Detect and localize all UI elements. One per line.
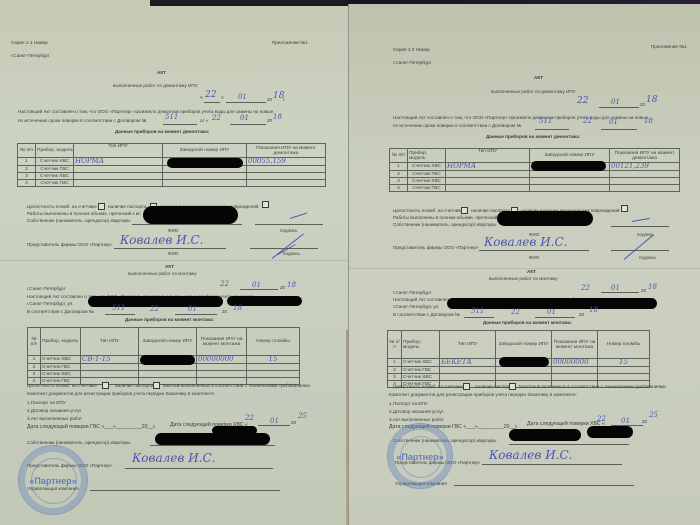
underline	[163, 124, 197, 125]
act2-date-year: 18	[648, 284, 657, 291]
hvs-year-prefix: 20	[642, 420, 647, 425]
cell-no: 3	[28, 371, 41, 378]
handwritten-seal: 15	[269, 356, 278, 364]
underline	[601, 292, 639, 293]
management-line	[90, 490, 280, 491]
city-label: г.Санкт-Петербург	[11, 54, 49, 59]
representative-signature-line	[611, 250, 669, 251]
company-stamp: «Партнер»	[18, 445, 88, 515]
cell-device: Счетчик ХВС	[408, 178, 446, 185]
act1-table-title: Данные приборов на момент демонтажа:	[115, 130, 209, 135]
redaction-serial	[167, 158, 243, 168]
underline	[230, 124, 266, 125]
hvs-year: 25	[649, 412, 658, 419]
col-header-device: Прибор, модель	[408, 149, 446, 163]
table-row: 4 Счетчик ГВС	[18, 180, 326, 187]
col-header-reading: Показания ИПУ на момент монтажа	[552, 331, 598, 359]
act2-date-month: 01	[252, 282, 261, 289]
fio-label-2: ФИО	[168, 252, 178, 257]
representative-line	[114, 248, 226, 249]
owner-line	[509, 444, 629, 445]
col-header-reading: Показания ИПУ на момент демонтажа	[247, 144, 326, 158]
cell-serial	[530, 171, 610, 178]
cell-type	[440, 367, 496, 374]
redaction-serial	[499, 357, 549, 367]
handwritten-reading: 00055,159	[248, 158, 286, 166]
col-header-type: Тип ИПУ	[74, 144, 163, 158]
table-row: 3 Счетчик ХВС	[28, 371, 300, 378]
seal-checkbox[interactable]	[463, 383, 470, 390]
representative-label: Представитель фирмы ООО «Партнер»	[27, 243, 113, 248]
act2-date-month: 01	[611, 285, 620, 292]
passport-checkbox[interactable]	[153, 382, 160, 389]
representative-label: Представитель фирмы ООО «Партнер»	[393, 246, 479, 251]
cell-reading	[247, 166, 326, 173]
owner-line	[132, 224, 242, 225]
management-line	[454, 485, 634, 486]
cell-type: БЕКЕТА	[440, 359, 496, 367]
cell-reading	[610, 171, 680, 178]
redaction-owner	[497, 211, 593, 226]
cell-seal	[598, 367, 650, 374]
act2-contract-year: 18	[589, 307, 598, 314]
cell-reading	[197, 364, 247, 371]
hvs-year: 25	[298, 413, 307, 420]
cell-device: Счетчик ХВС	[36, 173, 74, 180]
handwritten-type: СВ-1-15	[82, 356, 111, 364]
cell-device: Счетчик ГВС	[36, 166, 74, 173]
series-label: Серия 1-1 Номер	[11, 41, 48, 46]
col-header-no: № п/п	[390, 149, 408, 163]
cell-serial	[530, 178, 610, 185]
act1-contract-no: 511	[165, 114, 178, 121]
col-header-seal: Номер пломбы	[598, 331, 650, 359]
appendix-label: Приложение №1	[272, 41, 308, 46]
handwritten-seal: 15	[619, 359, 628, 367]
fold-line	[0, 260, 348, 261]
stamp-text: «Партнер»	[388, 452, 452, 462]
cell-reading	[552, 374, 598, 381]
cell-serial	[163, 180, 247, 187]
cell-seal	[598, 374, 650, 381]
act2-city: г.Санкт-Петербург	[27, 287, 65, 292]
passport-label: наличие паспорта	[115, 384, 154, 389]
cell-type	[446, 171, 530, 178]
col-header-serial: Заводской номер ИПУ	[163, 144, 247, 158]
act1-subtitle: выполненных работ по демонтажу ИПУ	[491, 90, 576, 95]
underline	[601, 129, 637, 130]
act2-contract-year: 18	[233, 305, 242, 312]
damage-checkbox[interactable]	[621, 205, 628, 212]
act1-contract-year: 18	[273, 114, 282, 121]
act2-contract-no: 511	[112, 305, 125, 312]
cell-no: 3	[390, 178, 408, 185]
table-row: 2 Счетчик ГВС	[388, 367, 650, 374]
cell-device: Счетчик ХВС	[408, 163, 446, 171]
signature-label-2: подпись	[639, 256, 656, 261]
representative-line	[479, 250, 589, 251]
cell-seal	[247, 371, 300, 378]
cell-type	[440, 374, 496, 381]
doc-item: 3.Акт выполненных работ	[389, 418, 444, 423]
cell-serial	[139, 371, 197, 378]
contract-from: от «	[200, 119, 208, 124]
act1-contract-day: 22	[583, 118, 592, 125]
cell-device: Счетчик ГВС	[36, 180, 74, 187]
mounting-note: Монтаж выполненных в соответствии с техн…	[519, 385, 667, 390]
doc-item: 1.Паспорт на ИПУ	[389, 402, 428, 407]
col-header-seal: Номер пломбы	[247, 328, 300, 356]
cell-device: Счетчик ХВС	[41, 356, 81, 364]
cell-type: НОРМА	[74, 158, 163, 166]
cell-type	[446, 178, 530, 185]
stamp-text: «Партнер»	[19, 476, 87, 486]
cell-type: НОРМА	[446, 163, 530, 171]
seal-integrity-label: Целостность пломб: на счетчике	[27, 205, 97, 210]
passport-label: наличие паспорта	[475, 385, 514, 390]
act1-date-month: 01	[238, 94, 247, 101]
signature-label: подпись	[280, 229, 297, 234]
cell-device: Счетчик ХВС	[36, 158, 74, 166]
act1-contract-year-prefix: 20	[267, 119, 272, 124]
col-header-reading: Показания ИПУ на момент демонтажа	[610, 149, 680, 163]
act2-contract-day: 22	[150, 306, 159, 313]
seal-checkbox[interactable]	[461, 207, 468, 214]
table-row: 4 Счетчик ГВС	[390, 185, 680, 192]
handwritten-type: БЕКЕТА	[441, 359, 472, 367]
act2-subtitle: выполненных работ по монтажу	[128, 272, 197, 277]
cell-no: 4	[390, 185, 408, 192]
representative-handwritten-name: Ковалев И.С.	[120, 234, 203, 246]
hvs-year-prefix: 20	[291, 421, 296, 426]
cell-no: 3	[388, 374, 402, 381]
act2-contract-year-prefix: 20	[222, 310, 227, 315]
document-page-left: Серия 1-1 Номер Приложение №1 г.Санкт-Пе…	[0, 0, 348, 525]
cell-device: Счетчик ГВС	[41, 364, 81, 371]
works-done-label: Работы выполнены в полном объеме, претен…	[27, 212, 141, 217]
cell-no: 2	[18, 166, 36, 173]
act2-contract-line: В соответствии с Договором №	[27, 310, 94, 315]
cell-no: 1	[28, 356, 41, 364]
cell-device: Счетчик ГВС	[408, 171, 446, 178]
document-page-right: Серия 1-2 Номер Приложение №1 г.Санкт-Пе…	[348, 4, 700, 525]
owner-signature	[290, 212, 307, 219]
city-label: г.Санкт-Петербург	[393, 61, 431, 66]
cell-serial	[163, 173, 247, 180]
underline	[226, 102, 266, 103]
act1-contract-day: 22	[212, 115, 221, 122]
seal-integrity-label: Целостность пломб: на счетчике	[393, 385, 463, 390]
act1-intro-line2: по истечению срока поверки в соответстви…	[393, 124, 521, 129]
act2-date-day: 22	[581, 285, 590, 292]
col-header-device: Прибор, модель	[402, 331, 440, 359]
cell-reading	[552, 367, 598, 374]
cell-serial	[496, 367, 552, 374]
series-label: Серия 1-2 Номер	[393, 48, 430, 53]
col-header-serial: Заводской номер ИПУ	[139, 328, 197, 356]
cell-no: 1	[390, 163, 408, 171]
doc-item: 2.Договор оказания услуг	[389, 410, 443, 415]
cell-device: Счетчик ГВС	[408, 185, 446, 192]
act1-contract-year: 18	[644, 118, 653, 125]
col-header-type: Тип ИПУ	[446, 149, 530, 163]
owner-label: Собственник (наниматель, арендатор) квар…	[27, 219, 130, 224]
redaction-serial	[140, 355, 195, 365]
cell-reading: 00121,239	[610, 163, 680, 171]
cell-device: Счетчик ХВС	[41, 371, 81, 378]
underline	[535, 129, 569, 130]
hvs-month: 01	[270, 418, 279, 425]
redaction-owner	[155, 433, 270, 445]
doc-item: 1.Паспорт на ИПУ	[27, 401, 66, 406]
seal-integrity-label: Целостность пломб: на счетчике	[27, 384, 97, 389]
table-row: 3 Счетчик ХВС	[390, 178, 680, 185]
table-row: 3 Счетчик ХВС	[18, 173, 326, 180]
cell-seal: 15	[598, 359, 650, 367]
underline	[258, 425, 290, 426]
col-header-device: Прибор, модель	[41, 328, 81, 356]
cell-seal	[247, 364, 300, 371]
representative-line	[125, 468, 273, 469]
signature-line	[255, 224, 323, 225]
handwritten-type: НОРМА	[75, 158, 104, 166]
owner-signature	[632, 218, 650, 222]
cell-device: Счетчик ХВС	[402, 374, 440, 381]
act1-title: АКТ	[157, 71, 166, 76]
act1-contract-no: 511	[539, 118, 552, 125]
passport-label: наличие паспорта	[108, 205, 147, 210]
col-header-type: Тип ИПУ	[440, 331, 496, 359]
seal-checkbox[interactable]	[102, 382, 109, 389]
cell-reading	[610, 178, 680, 185]
redaction-serial	[531, 161, 606, 171]
hvs-month: 01	[621, 418, 630, 425]
representative-handwritten-name: Ковалев И.С.	[132, 452, 215, 464]
act1-date-day: 22	[205, 91, 216, 100]
docs-intro: Комплект документов для регистрации приб…	[27, 392, 215, 397]
table-row: 2 Счетчик ГВС	[390, 171, 680, 178]
signature-line	[611, 226, 669, 227]
handwritten-reading: 00121,239	[611, 163, 649, 171]
cell-type	[81, 371, 139, 378]
act2-intro-line2: г.Санкт-Петербург, ул.	[27, 302, 74, 307]
col-header-reading: Показания ИПУ на момент монтажа	[197, 328, 247, 356]
cell-no: 2	[28, 364, 41, 371]
cell-reading: 00000000	[197, 356, 247, 364]
col-header-no: № п/п	[18, 144, 36, 158]
cell-device: Счетчик ГВС	[402, 367, 440, 374]
act1-title: АКТ	[534, 76, 543, 81]
cell-type	[74, 180, 163, 187]
act1-date-year: 18	[646, 96, 657, 105]
act2-date-year-prefix: 20	[280, 286, 285, 291]
redaction-owner-2	[587, 426, 633, 438]
act2-contract-no: 511	[471, 308, 484, 315]
underline	[204, 102, 220, 103]
appendix-label: Приложение №1	[651, 45, 687, 50]
cell-type	[74, 173, 163, 180]
cell-reading	[610, 185, 680, 192]
act2-subtitle: выполненных работ по монтажу	[489, 277, 558, 282]
act2-table-title: Данные приборов на момент монтажа:	[125, 318, 214, 323]
act1-contract-month: 01	[609, 119, 618, 126]
act2-title: АКТ	[165, 265, 174, 270]
act2-date-year: 18	[287, 282, 296, 289]
act2-contract-line: В соответствии с Договором №	[393, 313, 460, 318]
act2-contract-day: 22	[511, 309, 520, 316]
act2-table-title: Данные приборов на момент монтажа:	[483, 321, 572, 326]
damage-checkbox[interactable]	[262, 201, 269, 208]
act1-date-year-prefix: 20	[640, 103, 645, 108]
table-row: 3 Счетчик ХВС	[388, 374, 650, 381]
company-stamp: «Партнер»	[387, 423, 453, 489]
cell-reading	[197, 371, 247, 378]
underline	[175, 314, 217, 315]
doc-item: 3.Акт выполненных работ	[27, 417, 82, 422]
hvs-day: 22	[597, 416, 606, 423]
act1-date-suffix: г.	[283, 98, 285, 103]
handwritten-reading: 00000000	[198, 356, 234, 364]
cell-serial	[496, 374, 552, 381]
cell-serial	[530, 185, 610, 192]
act1-date-day: 22	[577, 97, 588, 106]
col-header-no: № п/п	[388, 331, 402, 359]
cell-no: 1	[18, 158, 36, 166]
representative-handwritten-name: Ковалев И.С.	[484, 236, 567, 248]
cell-reading	[247, 180, 326, 187]
seal-checkbox[interactable]	[98, 203, 105, 210]
act2-city: г.Санкт-Петербург	[393, 291, 431, 296]
col-header-serial: Заводской номер ИПУ	[496, 331, 552, 359]
redaction-owner	[509, 429, 581, 441]
underline	[464, 317, 494, 318]
act2-contract-month: 01	[547, 309, 556, 316]
underline	[105, 314, 135, 315]
redaction-owner	[143, 206, 238, 224]
handwritten-reading: 00000000	[553, 359, 589, 367]
next-check-gvs: Дата следующей поверки ГВС «___»________…	[27, 425, 156, 430]
owner-line	[150, 445, 275, 446]
act2-date-year-prefix: 20	[641, 289, 646, 294]
date-open-quote: «	[200, 96, 203, 101]
cell-no: 4	[18, 180, 36, 187]
cell-no: 3	[18, 173, 36, 180]
passport-checkbox[interactable]	[509, 383, 516, 390]
cell-type: СВ-1-15	[81, 356, 139, 364]
act1-subtitle: выполненных работ по демонтажу ИПУ	[113, 84, 198, 89]
works-done-label: Работы выполнены в полном объеме, претен…	[393, 216, 507, 221]
representative-line	[482, 464, 622, 465]
underline	[240, 289, 278, 290]
owner-label: Собственник (наниматель, арендатор) квар…	[393, 223, 496, 228]
act2-title: АКТ	[527, 270, 536, 275]
representative-handwritten-name: Ковалев И.С.	[489, 449, 572, 461]
underline	[535, 317, 575, 318]
cell-reading: 00000000	[552, 359, 598, 367]
cell-no: 1	[388, 359, 402, 367]
act2-intro-line2: г.Санкт-Петербург, ул.	[393, 305, 440, 310]
col-header-no: № п/п	[28, 328, 41, 356]
cell-type	[74, 166, 163, 173]
doc-item: 2.Договор оказания услуг	[27, 409, 81, 414]
cell-type	[446, 185, 530, 192]
docs-intro: Комплект документов для регистрации приб…	[389, 393, 577, 398]
act2-contract-month: 01	[188, 306, 197, 313]
act1-intro-line2: по истечению срока поверки в соответстви…	[18, 119, 146, 124]
signature-label-2: подпись	[283, 252, 300, 257]
cell-reading	[247, 173, 326, 180]
act2-contract-year-prefix: 20	[579, 313, 584, 318]
fold-line	[349, 268, 700, 269]
handwritten-type: НОРМА	[447, 163, 476, 171]
col-header-type: Тип ИПУ	[81, 328, 139, 356]
cell-no: 2	[388, 367, 402, 374]
cell-reading: 00055,159	[247, 158, 326, 166]
seal-integrity-label: Целостность пломб: на счетчике	[393, 209, 463, 214]
cell-seal: 15	[247, 356, 300, 364]
cell-device: Счетчик ХВС	[402, 359, 440, 367]
act1-intro-line1: Настоящий Акт составлен о том, что ООО «…	[18, 110, 274, 115]
act1-contract-month: 01	[240, 115, 249, 122]
cell-type	[81, 364, 139, 371]
owner-label: Собственник (наниматель, арендатор) квар…	[27, 441, 130, 446]
hvs-day: 22	[245, 415, 254, 422]
act1-table-title: Данные приборов на момент демонтажа:	[486, 135, 580, 140]
act1-date-year-prefix: 20	[267, 98, 272, 103]
mounting-note: Монтаж выполненных в соответствии с техн…	[163, 384, 311, 389]
col-header-device: Прибор, модель	[36, 144, 74, 158]
underline	[599, 107, 639, 108]
fio-label-2: ФИО	[529, 256, 539, 261]
cell-no: 2	[390, 171, 408, 178]
act2-date-day: 22	[220, 281, 229, 288]
act1-date-month: 01	[611, 99, 620, 106]
date-close-quote: »	[221, 96, 224, 101]
